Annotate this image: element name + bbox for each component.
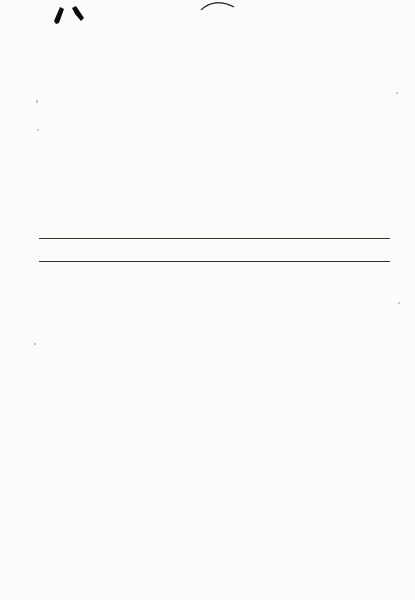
hebrew-interpreters-note <box>42 267 402 270</box>
paper-speck <box>34 343 36 345</box>
paper-speck <box>37 129 39 131</box>
paper-speck <box>398 302 400 304</box>
brace-cell <box>205 267 218 270</box>
separator-rule <box>39 261 390 262</box>
interpreters-section <box>42 267 402 270</box>
hebrew-note-text <box>62 267 205 270</box>
paper-speck <box>36 100 38 103</box>
paper-speck <box>396 92 398 94</box>
separator-rule <box>39 238 390 239</box>
book-page <box>0 0 415 600</box>
page-header <box>0 12 415 26</box>
